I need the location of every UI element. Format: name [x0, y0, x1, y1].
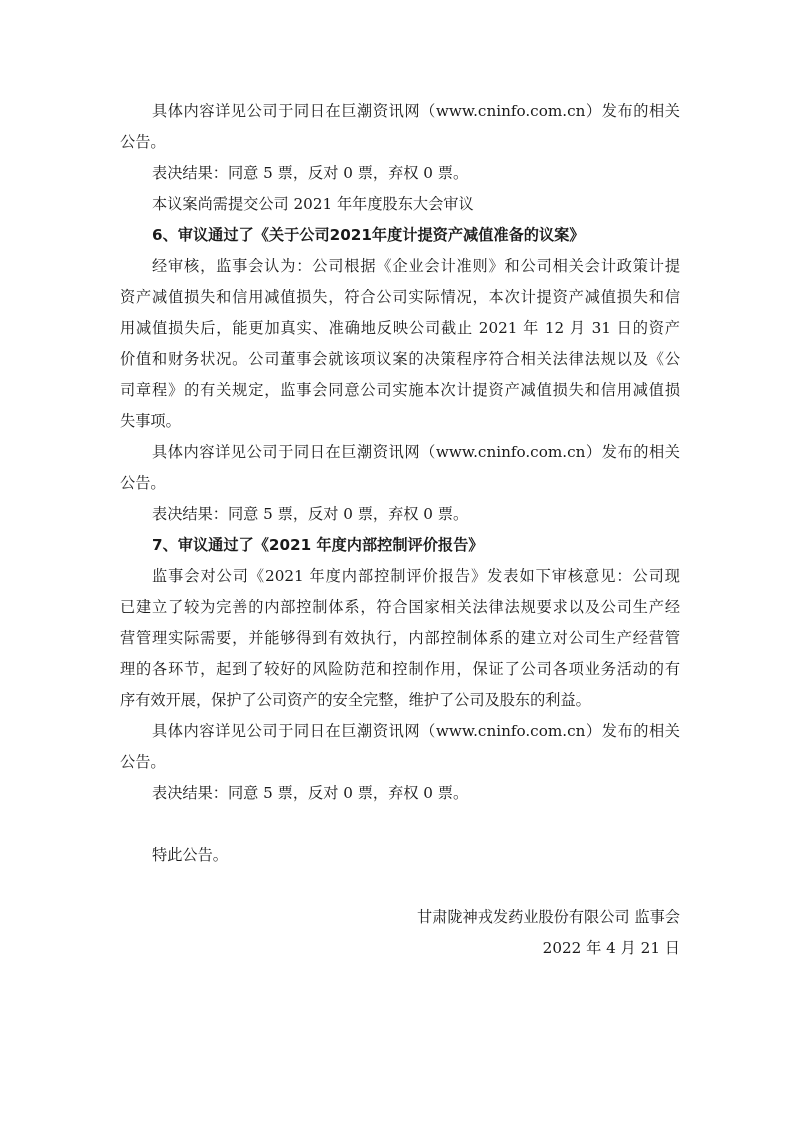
sec5-detail-line1: 具体内容详见公司于同日在巨潮资讯网（www.cninfo.com.cn）发布的相… — [120, 96, 680, 127]
sec5-vote-result: 表决结果：同意 5 票，反对 0 票，弃权 0 票。 — [120, 158, 680, 189]
sec5-submit-note: 本议案尚需提交公司 2021 年年度股东大会审议 — [120, 189, 680, 220]
sec7-detail-line1: 具体内容详见公司于同日在巨潮资讯网（www.cninfo.com.cn）发布的相… — [120, 716, 680, 747]
sec6-body-line: 价值和财务状况。公司董事会就该项议案的决策程序符合相关法律法规以及《公 — [120, 344, 680, 375]
sec5-detail-line2: 公告。 — [120, 127, 680, 158]
sec6-detail-line1: 具体内容详见公司于同日在巨潮资讯网（www.cninfo.com.cn）发布的相… — [120, 437, 680, 468]
sec7-detail-line2: 公告。 — [120, 747, 680, 778]
signature-org: 甘肃陇神戎发药业股份有限公司 监事会 — [120, 902, 680, 933]
sec7-body-line: 已建立了较为完善的内部控制体系，符合国家相关法律法规要求以及公司生产经 — [120, 592, 680, 623]
closing-statement: 特此公告。 — [120, 840, 680, 871]
sec7-body-line: 监事会对公司《2021 年度内部控制评价报告》发表如下审核意见：公司现 — [120, 561, 680, 592]
sec7-body-line: 理的各环节，起到了较好的风险防范和控制作用，保证了公司各项业务活动的有 — [120, 654, 680, 685]
sec6-body-line: 司章程》的有关规定，监事会同意公司实施本次计提资产减值损失和信用减值损 — [120, 375, 680, 406]
sec6-body-line: 用减值损失后，能更加真实、准确地反映公司截止 2021 年 12 月 31 日的… — [120, 313, 680, 344]
sec6-heading: 6、审议通过了《关于公司2021年度计提资产减值准备的议案》 — [120, 220, 680, 251]
spacer — [120, 871, 680, 902]
signature-date: 2022 年 4 月 21 日 — [120, 933, 680, 964]
sec6-body-line: 失事项。 — [120, 406, 680, 437]
sec7-body-line: 营管理实际需要，并能够得到有效执行，内部控制体系的建立对公司生产经营管 — [120, 623, 680, 654]
sec7-heading: 7、审议通过了《2021 年度内部控制评价报告》 — [120, 530, 680, 561]
sec6-body-line: 资产减值损失和信用减值损失，符合公司实际情况，本次计提资产减值损失和信 — [120, 282, 680, 313]
document-page: 具体内容详见公司于同日在巨潮资讯网（www.cninfo.com.cn）发布的相… — [120, 96, 680, 964]
sec7-body-line: 序有效开展，保护了公司资产的安全完整，维护了公司及股东的利益。 — [120, 685, 680, 716]
sec6-body-line: 经审核，监事会认为：公司根据《企业会计准则》和公司相关会计政策计提 — [120, 251, 680, 282]
sec6-detail-line2: 公告。 — [120, 468, 680, 499]
sec6-vote-result: 表决结果：同意 5 票，反对 0 票，弃权 0 票。 — [120, 499, 680, 530]
spacer — [120, 809, 680, 840]
sec7-vote-result: 表决结果：同意 5 票，反对 0 票，弃权 0 票。 — [120, 778, 680, 809]
